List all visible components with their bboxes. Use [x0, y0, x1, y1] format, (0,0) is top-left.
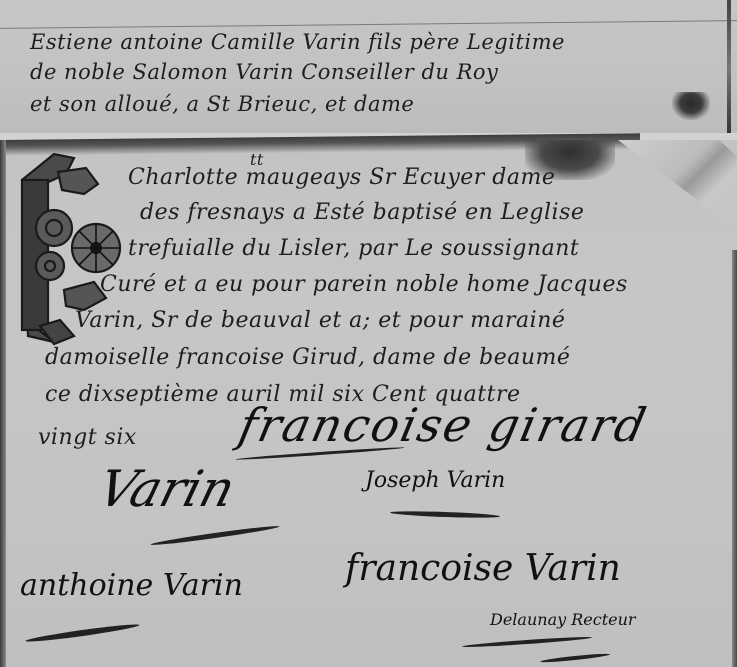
page-left-edge	[0, 140, 6, 667]
entry-line-3: trefuialle du Lisler, par Le soussignant	[128, 236, 579, 261]
signature-priest: Delaunay Recteur	[490, 610, 636, 629]
signature-joseph-varin: Joseph Varin	[365, 468, 505, 493]
entry-line-8: vingt six	[38, 425, 137, 450]
ruled-line	[0, 20, 737, 29]
entry-line-4: Curé et a eu pour parein noble home Jacq…	[100, 272, 628, 297]
page-right-edge	[732, 250, 737, 667]
entry-line-5: Varin, Sr de beauval et a; et pour marai…	[75, 308, 565, 333]
signature-varin: Varin	[92, 460, 241, 518]
previous-entry-strip: Estiene antoine Camille Varin fils père …	[0, 0, 737, 135]
page-edge	[727, 0, 731, 135]
ink-blot	[672, 92, 710, 120]
signature-francoise-girard: francoise girard	[234, 398, 652, 452]
strip-line-2: de noble Salomon Varin Conseiller du Roy	[30, 60, 498, 84]
strip-line-1: Estiene antoine Camille Varin fils père …	[30, 30, 565, 54]
strip-line-3: et son alloué, a St Brieuc, et dame	[30, 92, 414, 116]
entry-line-2: des fresnays a Esté baptisé en Leglise	[140, 200, 584, 225]
signature-anthoine-varin: anthoine Varin	[20, 568, 243, 603]
folded-corner	[618, 140, 737, 230]
entry-line-6: damoiselle francoise Girud, dame de beau…	[45, 345, 570, 370]
entry-line-1: Charlotte maugeays Sr Ecuyer dame	[128, 165, 555, 190]
signature-francoise-varin: francoise Varin	[345, 548, 621, 589]
